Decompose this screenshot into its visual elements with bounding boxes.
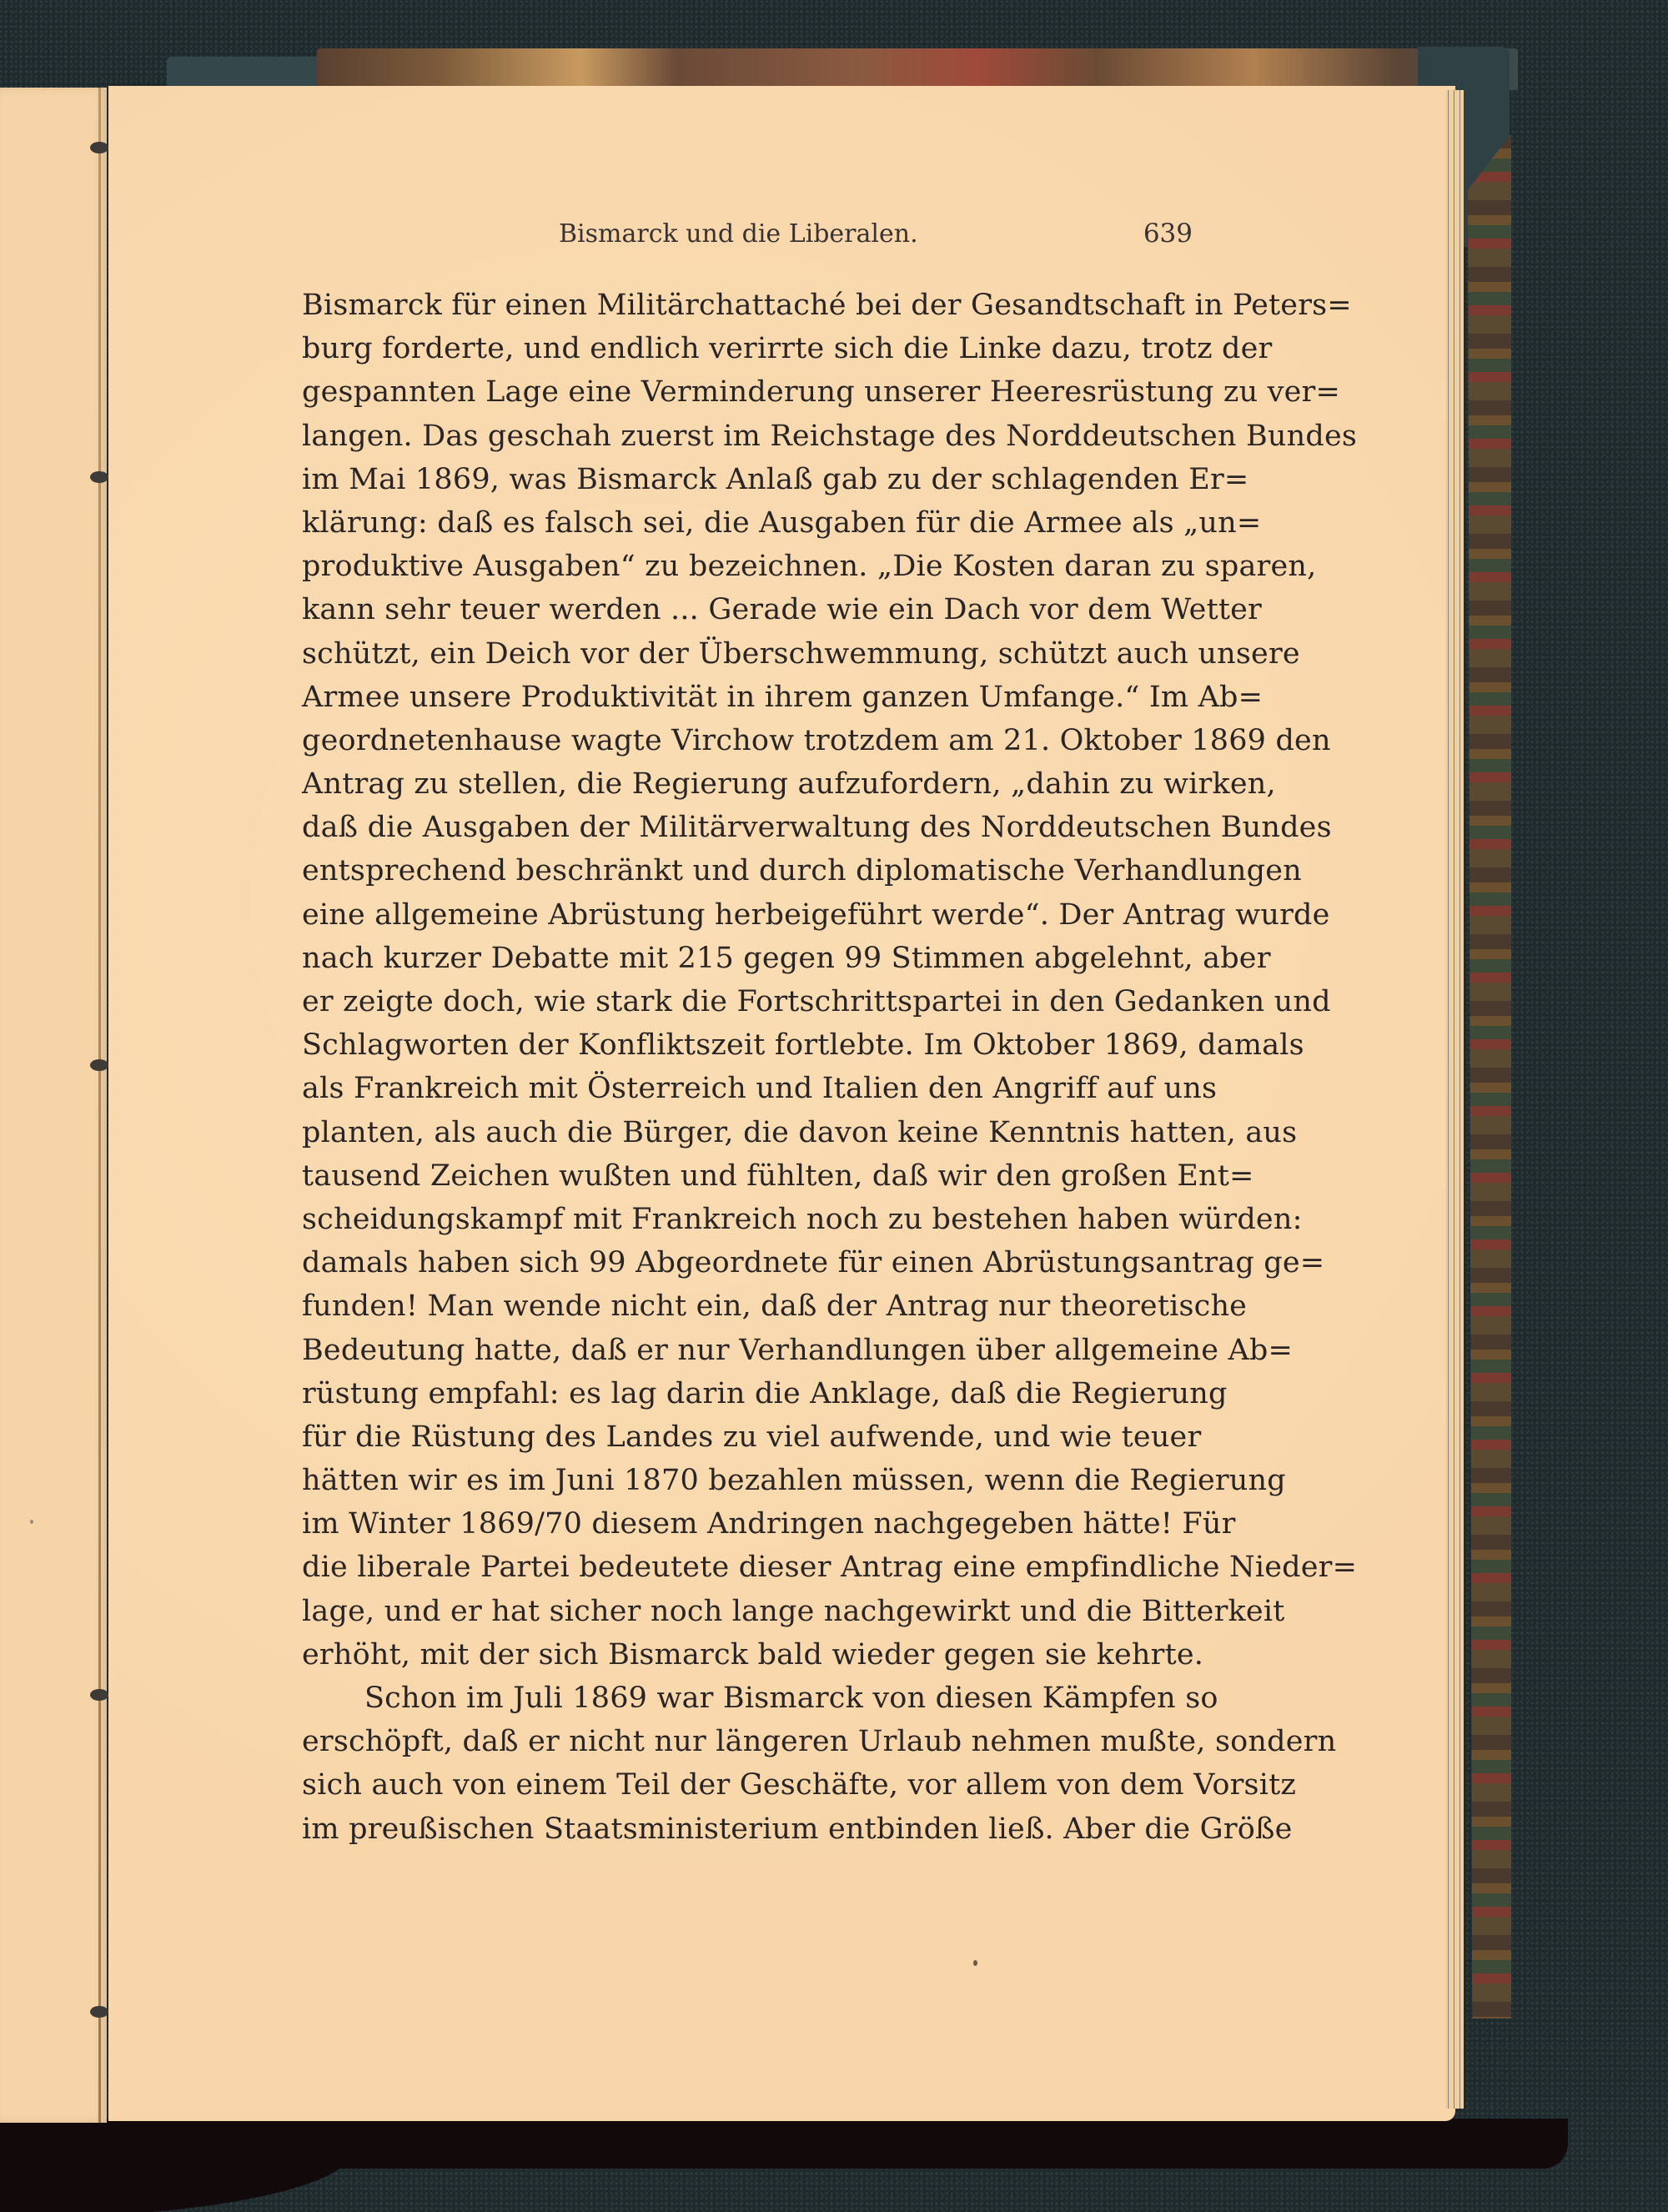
text-line: Armee unsere Produktivität in ihrem ganz… — [302, 676, 1190, 719]
gutter-fold — [98, 88, 101, 2123]
text-line: für die Rüstung des Landes zu viel aufwe… — [302, 1415, 1190, 1459]
text-line: Schon im Juli 1869 war Bismarck von dies… — [302, 1677, 1190, 1720]
text-line: kann sehr teuer werden ... Gerade wie ei… — [302, 588, 1190, 631]
running-head-title: Bismarck und die Liberalen. — [559, 219, 918, 249]
running-head: Bismarck und die Liberalen. 639 — [559, 219, 1193, 260]
text-line: Antrag zu stellen, die Regierung aufzufo… — [302, 762, 1190, 806]
text-line: nach kurzer Debatte mit 215 gegen 99 Sti… — [302, 937, 1190, 980]
text-line: erschöpft, daß er nicht nur längeren Url… — [302, 1720, 1190, 1763]
text-line: entsprechend beschränkt und durch diplom… — [302, 849, 1190, 892]
text-line: schützt, ein Deich vor der Überschwemmun… — [302, 632, 1190, 676]
text-line: damals haben sich 99 Abgeordnete für ein… — [302, 1241, 1190, 1284]
text-line: gespannten Lage eine Verminderung unsere… — [302, 370, 1190, 414]
book-board-marbled-right-edge — [1468, 133, 1511, 2018]
text-line: sich auch von einem Teil der Geschäfte, … — [302, 1763, 1190, 1807]
text-line: im Winter 1869/70 diesem Andringen nachg… — [302, 1502, 1190, 1546]
text-line: tausend Zeichen wußten und fühlten, daß … — [302, 1154, 1190, 1198]
text-line: scheidungskampf mit Frankreich noch zu b… — [302, 1198, 1190, 1241]
paper-speck — [30, 1520, 33, 1524]
book-board-bottom-curve — [0, 2152, 350, 2212]
text-line: daß die Ausgaben der Militärverwaltung d… — [302, 806, 1190, 849]
text-line: geordnetenhause wagte Virchow trotzdem a… — [302, 719, 1190, 762]
text-line: im Mai 1869, was Bismarck Anlaß gab zu d… — [302, 458, 1190, 501]
binding-stitch-icon — [90, 1059, 108, 1071]
body-text: Bismarck für einen Militärchattaché bei … — [302, 284, 1190, 1851]
book-cover-cloth-top-left — [167, 57, 325, 90]
binding-stitch-icon — [90, 142, 108, 153]
text-line: planten, als auch die Bürger, die davon … — [302, 1111, 1190, 1154]
book-board-marbled-top-edge — [317, 48, 1518, 90]
binding-stitch-icon — [90, 2006, 108, 2018]
binding-stitch-icon — [90, 471, 108, 483]
text-line: die liberale Partei bedeutete dieser Ant… — [302, 1546, 1190, 1589]
text-line: eine allgemeine Abrüstung herbeigeführt … — [302, 893, 1190, 937]
paper-speck — [973, 1960, 977, 1966]
text-line: produktive Ausgaben“ zu bezeichnen. „Die… — [302, 545, 1190, 588]
text-line: Bismarck für einen Militärchattaché bei … — [302, 284, 1190, 327]
verso-page-edge — [0, 88, 107, 2123]
text-line: im preußischen Staatsministerium entbind… — [302, 1807, 1190, 1851]
binding-stitch-icon — [90, 1689, 108, 1701]
text-line: hätten wir es im Juni 1870 bezahlen müss… — [302, 1459, 1190, 1502]
page-number: 639 — [1143, 219, 1193, 249]
text-line: als Frankreich mit Österreich und Italie… — [302, 1067, 1190, 1110]
text-line: Bedeutung hatte, daß er nur Verhandlunge… — [302, 1329, 1190, 1372]
text-line: lage, und er hat sicher noch lange nachg… — [302, 1590, 1190, 1633]
text-line: klärung: daß es falsch sei, die Ausgaben… — [302, 501, 1190, 545]
text-line: langen. Das geschah zuerst im Reichstage… — [302, 415, 1190, 458]
page-block-edges — [1445, 90, 1464, 2109]
text-line: burg forderte, und endlich verirrte sich… — [302, 327, 1190, 370]
text-line: rüstung empfahl: es lag darin die Anklag… — [302, 1372, 1190, 1415]
text-line: Schlagworten der Konfliktszeit fortlebte… — [302, 1023, 1190, 1067]
text-line: erhöht, mit der sich Bismarck bald wiede… — [302, 1633, 1190, 1677]
text-line: er zeigte doch, wie stark die Fortschrit… — [302, 980, 1190, 1023]
text-line: funden! Man wende nicht ein, daß der Ant… — [302, 1284, 1190, 1328]
